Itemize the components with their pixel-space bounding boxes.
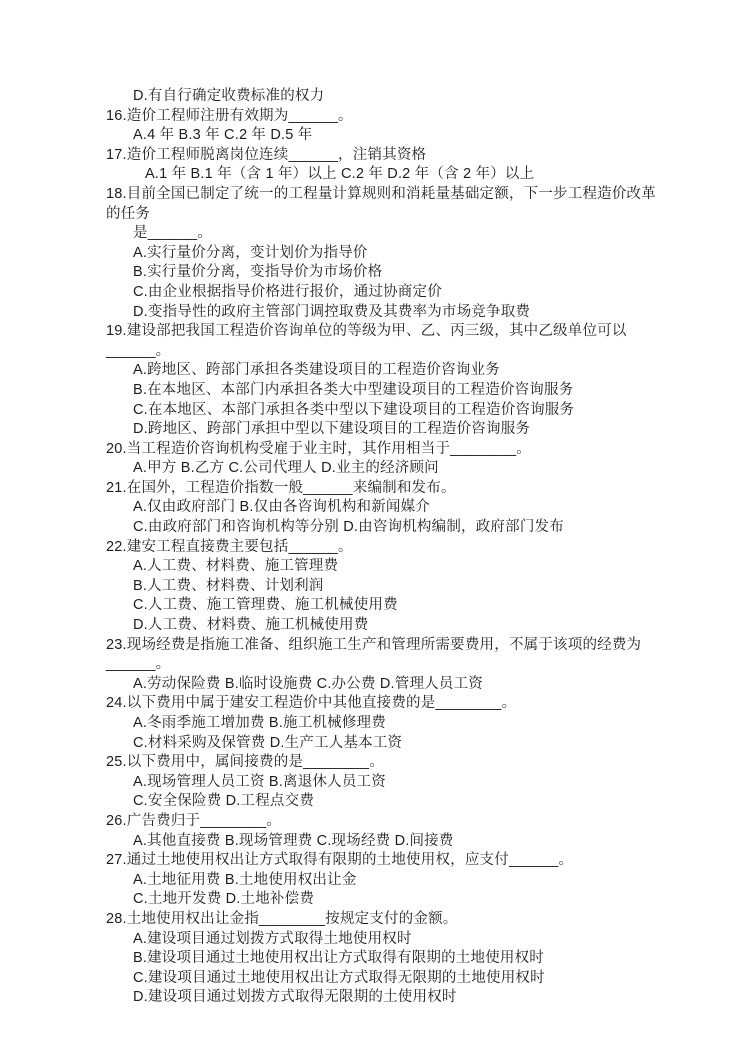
question-stem: 22.建安工程直接费主要包括______。 — [106, 538, 662, 558]
question-stem: 21.在国外，工程造价指数一般______来编制和发布。 — [106, 479, 662, 499]
option-line: A.跨地区、跨部门承担各类建设项目的工程造价咨询业务 — [106, 361, 662, 381]
option-line: A.现场管理人员工资 B.离退休人员工资 — [106, 773, 662, 793]
question-list: D.有自行确定收费标准的权力16.造价工程师注册有效期为______。A.4 年… — [106, 87, 662, 1008]
question-stem-continuation: 是______。 — [106, 224, 662, 244]
question-stem: 24.以下费用中属于建安工程造价中其他直接费的是________。 — [106, 694, 662, 714]
option-line: C.建设项目通过土地使用权出让方式取得无限期的土地使用权时 — [106, 969, 662, 989]
option-line: B.实行量价分离，变指导价为市场价格 — [106, 263, 662, 283]
option-line: C.在本地区、本部门承担各类中型以下建设项目的工程造价咨询服务 — [106, 401, 662, 421]
option-line: A.4 年 B.3 年 C.2 年 D.5 年 — [106, 126, 662, 146]
option-line: B.人工费、材料费、计划利润 — [106, 577, 662, 597]
exam-document-page: D.有自行确定收费标准的权力16.造价工程师注册有效期为______。A.4 年… — [0, 0, 744, 1052]
option-line: C.材料采购及保管费 D.生产工人基本工资 — [106, 734, 662, 754]
option-line: A.土地征用费 B.土地使用权出让金 — [106, 871, 662, 891]
question-stem: 25.以下费用中，属间接费的是________。 — [106, 753, 662, 773]
question-stem: 27.通过土地使用权出让方式取得有限期的土地使用权，应支付______。 — [106, 851, 662, 871]
option-line: A.实行量价分离，变计划价为指导价 — [106, 244, 662, 264]
question-stem: 19.建设部把我国工程造价咨询单位的等级为甲、乙、丙三级，其中乙级单位可以___… — [106, 322, 662, 361]
option-line: A.劳动保险费 B.临时设施费 C.办公费 D.管理人员工资 — [106, 675, 662, 695]
option-line: C.土地开发费 D.土地补偿费 — [106, 890, 662, 910]
option-line: A.仅由政府部门 B.仅由各咨询机构和新闻媒介 — [106, 498, 662, 518]
option-line: A.其他直接费 B.现场管理费 C.现场经费 D.间接费 — [106, 832, 662, 852]
option-line: D.人工费、材料费、施工机械使用费 — [106, 616, 662, 636]
option-line: C.由政府部门和咨询机构等分别 D.由咨询机构编制，政府部门发布 — [106, 518, 662, 538]
option-line: A.冬雨季施工增加费 B.施工机械修理费 — [106, 714, 662, 734]
question-stem: 23.现场经费是指施工准备、组织施工生产和管理所需要费用，不属于该项的经费为__… — [106, 636, 662, 675]
question-stem: 28.土地使用权出让金指________按规定支付的金额。 — [106, 910, 662, 930]
option-line: D.变指导性的政府主管部门调控取费及其费率为市场竞争取费 — [106, 303, 662, 323]
question-stem: 17.造价工程师脱离岗位连续______，注销其资格 — [106, 146, 662, 166]
question-stem: 18.目前全国已制定了统一的工程量计算规则和消耗量基础定额，下一步工程造价改革的… — [106, 185, 662, 224]
option-line: B.在本地区、本部门内承担各类大中型建设项目的工程造价咨询服务 — [106, 381, 662, 401]
carryover-option-line: D.有自行确定收费标准的权力 — [106, 87, 662, 107]
option-line: B.建设项目通过土地使用权出让方式取得有限期的土地使用权时 — [106, 949, 662, 969]
option-line: C.由企业根据指导价格进行报价，通过协商定价 — [106, 283, 662, 303]
option-line: C.安全保险费 D.工程点交费 — [106, 792, 662, 812]
option-line: D.跨地区、跨部门承担中型以下建设项目的工程造价咨询服务 — [106, 420, 662, 440]
option-line: A.人工费、材料费、施工管理费 — [106, 557, 662, 577]
question-stem: 26.广告费归于________。 — [106, 812, 662, 832]
option-line: C.人工费、施工管理费、施工机械使用费 — [106, 596, 662, 616]
question-stem: 16.造价工程师注册有效期为______。 — [106, 107, 662, 127]
question-stem: 20.当工程造价咨询机构受雇于业主时，其作用相当于________。 — [106, 440, 662, 460]
option-line: A.甲方 B.乙方 C.公司代理人 D.业主的经济顾问 — [106, 459, 662, 479]
option-line: A.1 年 B.1 年（含 1 年）以上 C.2 年 D.2 年（含 2 年）以… — [106, 165, 662, 185]
option-line: A.建设项目通过划拨方式取得土地使用权时 — [106, 930, 662, 950]
option-line: D.建设项目通过划拨方式取得无限期的土使用权时 — [106, 988, 662, 1008]
